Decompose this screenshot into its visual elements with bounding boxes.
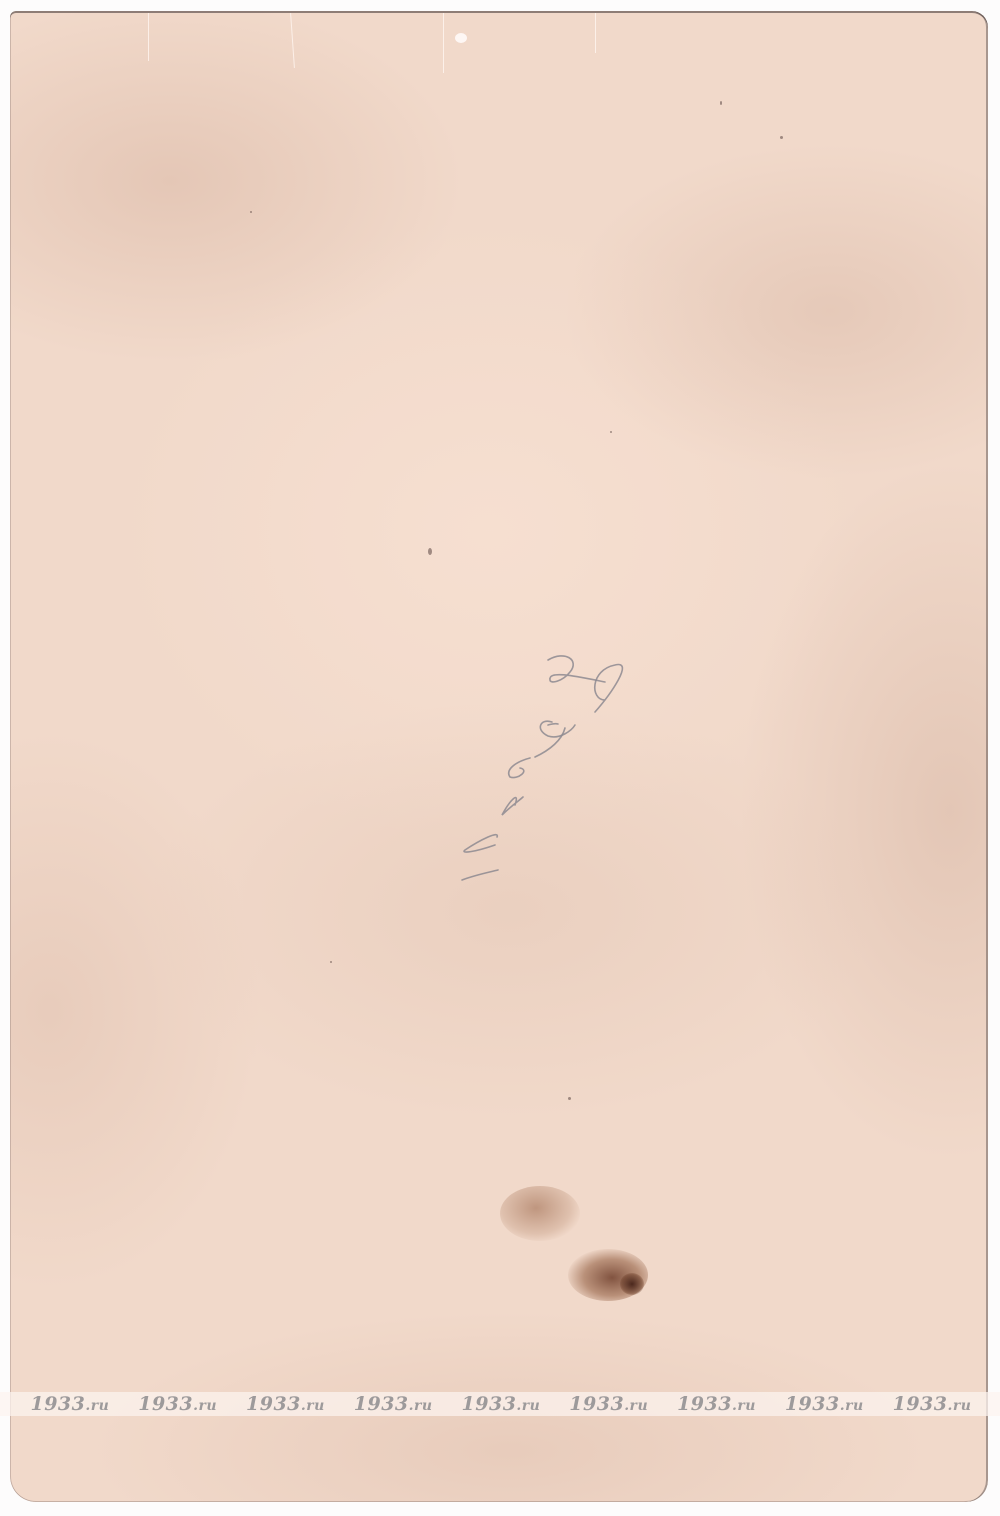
dust-speck <box>250 211 252 213</box>
paper-crease <box>443 13 444 73</box>
dust-speck <box>568 1097 571 1100</box>
dust-speck <box>780 136 783 139</box>
watermark-text: 1933.ru <box>569 1393 648 1415</box>
watermark-text: 1933.ru <box>30 1393 109 1415</box>
paper-crease <box>595 13 596 53</box>
handwritten-number-icon <box>440 640 640 900</box>
paper-crease <box>290 13 295 68</box>
watermark-strip: 1933.ru 1933.ru 1933.ru 1933.ru 1933.ru … <box>0 1392 1000 1416</box>
dust-speck <box>720 101 722 105</box>
watermark-text: 1933.ru <box>462 1393 541 1415</box>
watermark-text: 1933.ru <box>785 1393 864 1415</box>
scan-background: 1933.ru 1933.ru 1933.ru 1933.ru 1933.ru … <box>0 0 1000 1516</box>
dust-speck <box>428 548 432 555</box>
watermark-text: 1933.ru <box>677 1393 756 1415</box>
watermark-text: 1933.ru <box>138 1393 217 1415</box>
paper-crease <box>148 13 149 61</box>
paper-scuff <box>455 33 467 43</box>
brown-stain-core <box>620 1273 644 1295</box>
dust-speck <box>610 431 612 433</box>
watermark-text: 1933.ru <box>893 1393 972 1415</box>
watermark-text: 1933.ru <box>354 1393 433 1415</box>
pencil-inscription <box>440 640 640 900</box>
brown-stain-upper <box>500 1186 580 1241</box>
watermark-text: 1933.ru <box>246 1393 325 1415</box>
dust-speck <box>330 961 332 963</box>
